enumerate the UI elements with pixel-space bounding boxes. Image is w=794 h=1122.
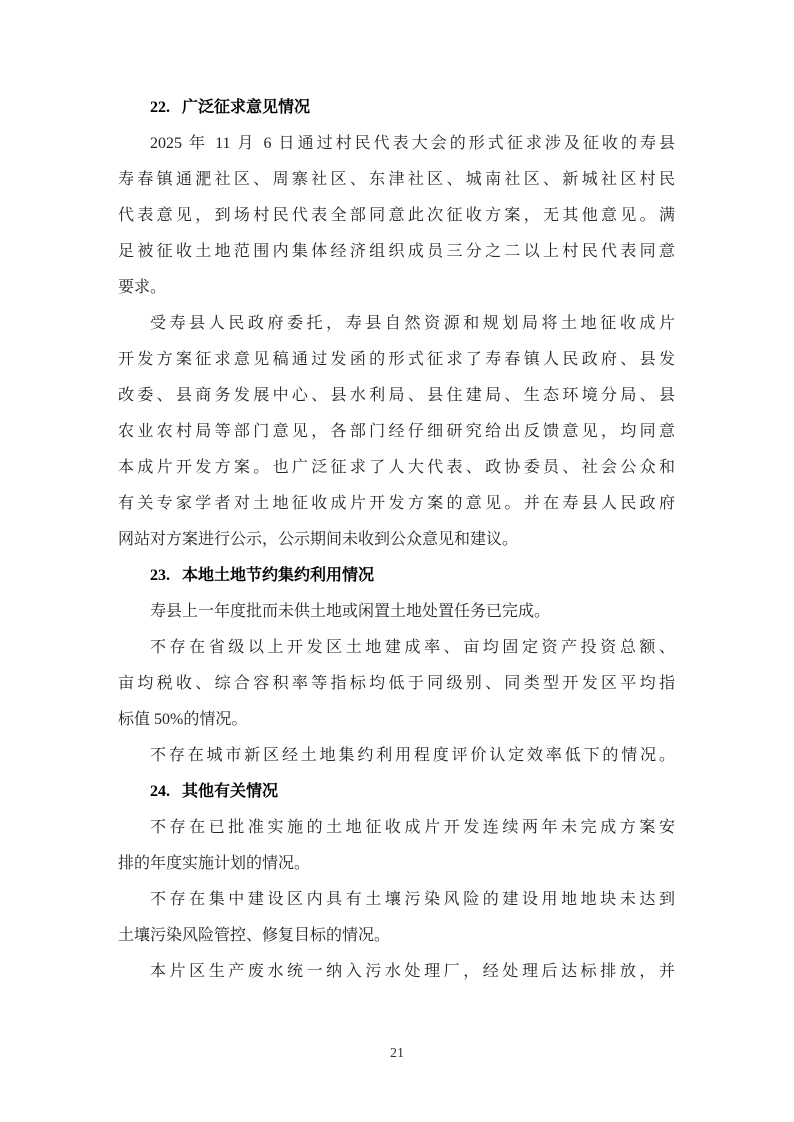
paragraph-line: 农业农村局等部门意见，各部门经仔细研究给出反馈意见，均同意	[118, 414, 675, 450]
paragraph-line: 要求。	[118, 270, 675, 306]
paragraph-line: 2025 年 11 月 6 日通过村民代表大会的形式征求涉及征收的寿县	[118, 126, 675, 162]
paragraph-line: 开发方案征求意见稿通过发函的形式征求了寿春镇人民政府、县发	[118, 342, 675, 378]
page-number: 21	[0, 1046, 794, 1062]
heading-title: 其他有关情况	[182, 783, 278, 800]
paragraph-line: 不存在集中建设区内具有土壤污染风险的建设用地地块未达到	[118, 882, 675, 918]
heading-number: 23.	[150, 567, 170, 584]
paragraph-line: 排的年度实施计划的情况。	[118, 846, 675, 882]
paragraph-line: 标值 50%的情况。	[118, 702, 675, 738]
heading-number: 24.	[150, 783, 170, 800]
heading-number: 22.	[150, 99, 170, 116]
paragraph-line: 改委、县商务发展中心、县水利局、县住建局、生态环境分局、县	[118, 378, 675, 414]
paragraph-line: 有关专家学者对土地征收成片开发方案的意见。并在寿县人民政府	[118, 486, 675, 522]
document-body: 22.广泛征求意见情况 2025 年 11 月 6 日通过村民代表大会的形式征求…	[118, 90, 675, 990]
paragraph-line: 网站对方案进行公示，公示期间未收到公众意见和建议。	[118, 522, 675, 558]
paragraph-line: 不存在城市新区经土地集约利用程度评价认定效率低下的情况。	[118, 738, 675, 774]
paragraph-line: 不存在省级以上开发区土地建成率、亩均固定资产投资总额、	[118, 630, 675, 666]
section-heading-24: 24.其他有关情况	[118, 774, 675, 810]
paragraph-line: 代表意见，到场村民代表全部同意此次征收方案，无其他意见。满	[118, 198, 675, 234]
section-heading-22: 22.广泛征求意见情况	[118, 90, 675, 126]
paragraph-line: 寿春镇通淝社区、周寨社区、东津社区、城南社区、新城社区村民	[118, 162, 675, 198]
paragraph-line: 受寿县人民政府委托，寿县自然资源和规划局将土地征收成片	[118, 306, 675, 342]
paragraph-line: 寿县上一年度批而未供土地或闲置土地处置任务已完成。	[118, 594, 675, 630]
document-page: 22.广泛征求意见情况 2025 年 11 月 6 日通过村民代表大会的形式征求…	[0, 0, 794, 1122]
section-heading-23: 23.本地土地节约集约利用情况	[118, 558, 675, 594]
heading-title: 广泛征求意见情况	[182, 99, 310, 116]
heading-title: 本地土地节约集约利用情况	[182, 567, 374, 584]
paragraph-line: 不存在已批准实施的土地征收成片开发连续两年未完成方案安	[118, 810, 675, 846]
paragraph-line: 本成片开发方案。也广泛征求了人大代表、政协委员、社会公众和	[118, 450, 675, 486]
paragraph-line: 土壤污染风险管控、修复目标的情况。	[118, 918, 675, 954]
paragraph-line: 本片区生产废水统一纳入污水处理厂，经处理后达标排放，并	[118, 954, 675, 990]
paragraph-line: 亩均税收、综合容积率等指标均低于同级别、同类型开发区平均指	[118, 666, 675, 702]
paragraph-line: 足被征收土地范围内集体经济组织成员三分之二以上村民代表同意	[118, 234, 675, 270]
